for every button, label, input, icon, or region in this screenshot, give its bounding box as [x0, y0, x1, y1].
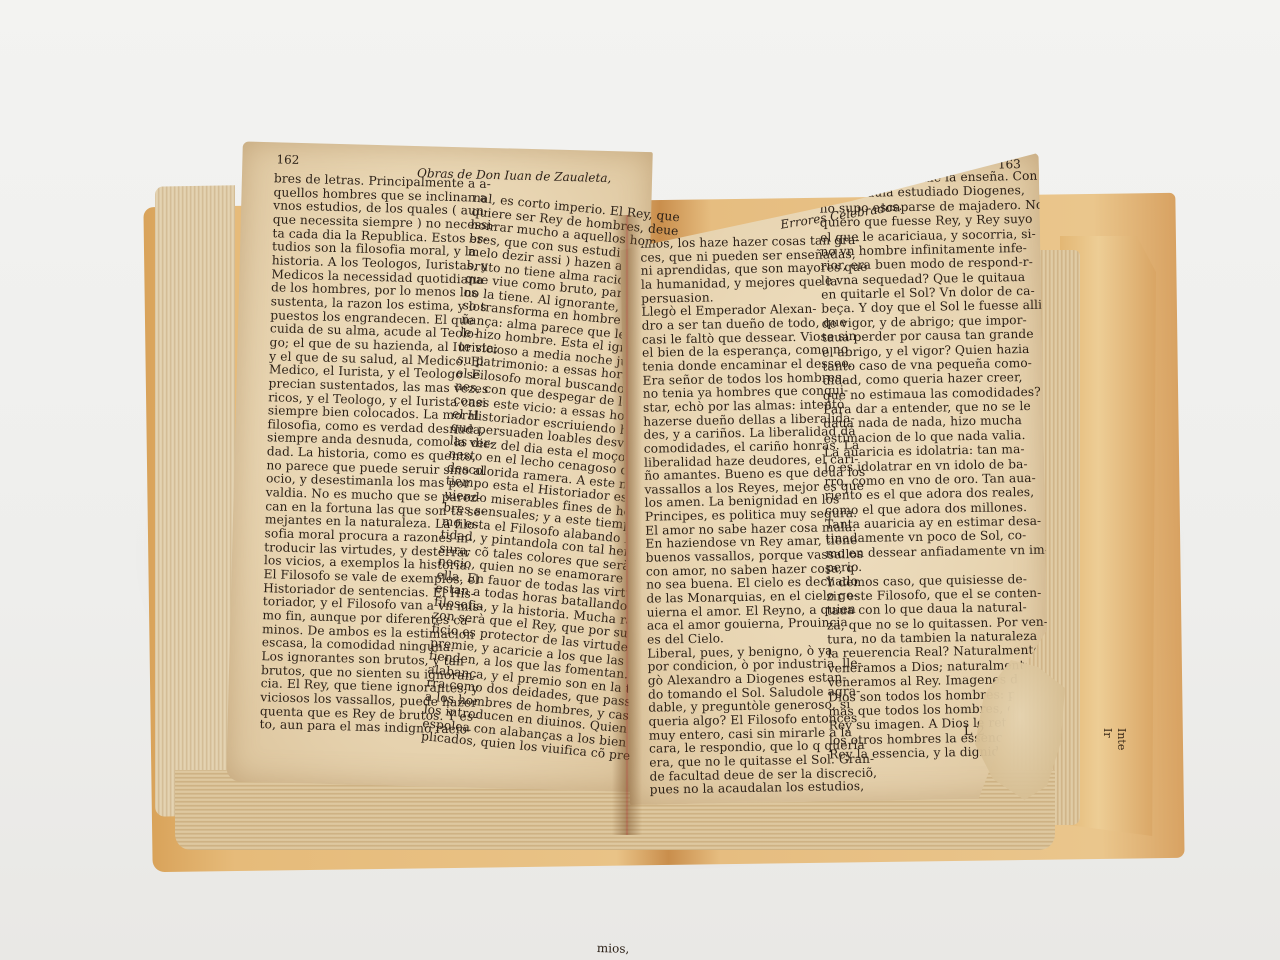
- flap-label-line: Ir: [1100, 728, 1114, 768]
- catchword: mios,: [597, 941, 630, 956]
- left-page: 162 Obras de Don Iuan de Zaualeta, bres …: [226, 141, 653, 792]
- page-stack-left: [155, 185, 235, 816]
- folio-number: 162: [276, 152, 299, 167]
- text-line: pues no la acaudalan los estudios,: [650, 781, 845, 798]
- book-spine-gutter: [612, 215, 642, 835]
- text-column-1: mios, los haze hazer cosas tan gra-ces, …: [640, 234, 845, 797]
- text-column-2: el cielo la dà, nadie la enseña. Conquan…: [819, 169, 1029, 762]
- flap-label-line: Inte: [1114, 728, 1128, 768]
